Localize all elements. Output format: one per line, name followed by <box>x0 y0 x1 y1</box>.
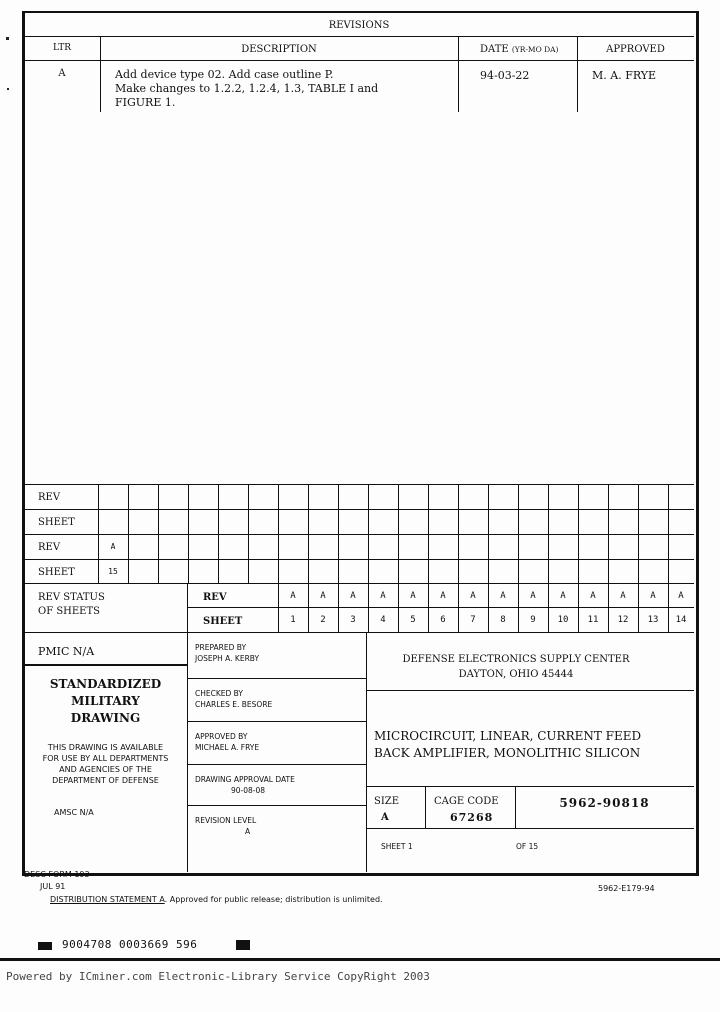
title-line: DRAWING <box>24 710 187 727</box>
notice-line: THIS DRAWING IS AVAILABLE <box>24 742 187 753</box>
grid-label-sheet: SHEET <box>38 567 75 578</box>
margin-mark <box>7 88 9 90</box>
grid-cell: A <box>98 534 128 559</box>
revision-level-value: A <box>195 826 256 837</box>
agency-line: DEFENSE ELECTRONICS SUPPLY CENTER <box>366 652 666 667</box>
approved-by-name: MICHAEL A. FRYE <box>195 742 259 753</box>
status-rev-cell: A <box>578 584 608 607</box>
notice-line: DEPARTMENT OF DEFENSE <box>24 775 187 786</box>
prepared-by-name: JOSEPH A. KERBY <box>195 653 259 664</box>
pmic-label: PMIC N/A <box>38 645 94 658</box>
status-sheet-cell: 2 <box>308 608 338 632</box>
status-sheet-cell: 10 <box>548 608 578 632</box>
grid-label-rev: REV <box>38 542 60 553</box>
barcode-mark-left <box>38 942 52 950</box>
approval-date: DRAWING APPROVAL DATE 90-08-08 <box>195 774 295 796</box>
revision-level: REVISION LEVEL A <box>195 815 256 837</box>
status-sheet-cell: 9 <box>518 608 548 632</box>
grid-cell: 15 <box>98 559 128 583</box>
notice-line: AND AGENCIES OF THE <box>24 764 187 775</box>
size-value: A <box>381 812 389 823</box>
status-rev-cell: A <box>308 584 338 607</box>
revision-ltr: A <box>24 68 100 79</box>
drawing-title-line: MICROCIRCUIT, LINEAR, CURRENT FEED <box>374 728 641 745</box>
approved-by: APPROVED BY MICHAEL A. FRYE <box>195 731 259 753</box>
checked-by-name: CHARLES E. BESORE <box>195 699 272 710</box>
status-sheet-cell: 8 <box>488 608 518 632</box>
agency-name: DEFENSE ELECTRONICS SUPPLY CENTER DAYTON… <box>366 652 666 682</box>
status-rev-cell: A <box>398 584 428 607</box>
drawing-type-title: STANDARDIZED MILITARY DRAWING <box>24 676 187 727</box>
revision-approved: M. A. FRYE <box>592 69 656 82</box>
cage-code-label: CAGE CODE <box>434 796 499 807</box>
status-rev-cell: A <box>458 584 488 607</box>
prepared-by: PREPARED BY JOSEPH A. KERBY <box>195 642 259 664</box>
header-date-format: (YR-MO DA) <box>512 45 559 54</box>
status-sheet-cell: 3 <box>338 608 368 632</box>
revisions-title: REVISIONS <box>24 20 694 31</box>
status-sheet-cell: 4 <box>368 608 398 632</box>
prepared-by-label: PREPARED BY <box>195 642 259 653</box>
status-sheet-cell: 11 <box>578 608 608 632</box>
status-rev-cell: A <box>428 584 458 607</box>
title-line: MILITARY <box>24 693 187 710</box>
checked-by-label: CHECKED BY <box>195 688 272 699</box>
revision-level-label: REVISION LEVEL <box>195 815 256 826</box>
distribution-label: DISTRIBUTION STATEMENT A <box>50 895 165 904</box>
powered-by-text: Powered by ICminer.com Electronic-Librar… <box>6 970 430 983</box>
status-rev-cell: A <box>608 584 638 607</box>
status-rev-cell: A <box>278 584 308 607</box>
notice-line: FOR USE BY ALL DEPARTMENTS <box>24 753 187 764</box>
agency-line: DAYTON, OHIO 45444 <box>366 667 666 682</box>
status-sheet-cell: 12 <box>608 608 638 632</box>
form-date: JUL 91 <box>40 882 65 891</box>
approval-date-value: 90-08-08 <box>195 785 295 796</box>
distribution-text: . Approved for public release; distribut… <box>165 895 383 904</box>
sheet-total: OF 15 <box>516 842 538 851</box>
status-sheet-cell: 14 <box>668 608 694 632</box>
approval-date-label: DRAWING APPROVAL DATE <box>195 774 295 785</box>
header-date: DATE (YR-MO DA) <box>480 44 559 55</box>
status-rev-cell: A <box>518 584 548 607</box>
description-line: Make changes to 1.2.2, 1.2.4, 1.3, TABLE… <box>115 82 378 96</box>
checked-by: CHECKED BY CHARLES E. BESORE <box>195 688 272 710</box>
cage-code-value: 67268 <box>450 811 493 824</box>
document-code: 5962-E179-94 <box>598 884 655 893</box>
revision-date: 94-03-22 <box>480 69 529 82</box>
status-rev-label: REV <box>203 592 227 603</box>
size-label: SIZE <box>374 796 399 807</box>
status-rev-cell: A <box>638 584 668 607</box>
drawing-title: MICROCIRCUIT, LINEAR, CURRENT FEED BACK … <box>374 728 641 762</box>
rev-status-label-line: REV STATUS <box>38 591 105 605</box>
header-approved: APPROVED <box>577 44 694 55</box>
status-sheet-cell: 13 <box>638 608 668 632</box>
margin-mark <box>6 37 9 40</box>
status-sheet-label: SHEET <box>203 616 242 627</box>
drawing-title-line: BACK AMPLIFIER, MONOLITHIC SILICON <box>374 745 641 762</box>
status-rev-cell: A <box>668 584 694 607</box>
drawing-number: 5962-90818 <box>515 796 694 810</box>
description-line: FIGURE 1. <box>115 96 378 110</box>
status-rev-cell: A <box>368 584 398 607</box>
header-date-label: DATE <box>480 44 509 55</box>
description-line: Add device type 02. Add case outline P. <box>115 68 378 82</box>
divider <box>0 958 720 961</box>
status-rev-cell: A <box>488 584 518 607</box>
status-sheet-cell: 1 <box>278 608 308 632</box>
status-sheet-cell: 7 <box>458 608 488 632</box>
status-sheet-cell: 5 <box>398 608 428 632</box>
amsc-label: AMSC N/A <box>54 808 94 817</box>
revision-description: Add device type 02. Add case outline P. … <box>115 68 378 110</box>
sheet-number: SHEET 1 <box>381 842 413 851</box>
header-description: DESCRIPTION <box>100 44 458 55</box>
status-sheet-cell: 6 <box>428 608 458 632</box>
approved-by-label: APPROVED BY <box>195 731 259 742</box>
title-line: STANDARDIZED <box>24 676 187 693</box>
grid-label-sheet: SHEET <box>38 517 75 528</box>
grid-label-rev: REV <box>38 492 60 503</box>
status-rev-cell: A <box>338 584 368 607</box>
header-ltr: LTR <box>24 43 100 53</box>
form-number: DESC FORM 193 <box>24 870 90 879</box>
rev-status-label-line: OF SHEETS <box>38 605 105 619</box>
rev-status-label: REV STATUS OF SHEETS <box>38 591 105 619</box>
availability-notice: THIS DRAWING IS AVAILABLE FOR USE BY ALL… <box>24 742 187 786</box>
barcode-mark-right <box>236 940 250 950</box>
status-rev-cell: A <box>548 584 578 607</box>
distribution-statement: DISTRIBUTION STATEMENT A. Approved for p… <box>50 895 383 904</box>
barcode-number: 9004708 0003669 596 <box>62 938 197 951</box>
